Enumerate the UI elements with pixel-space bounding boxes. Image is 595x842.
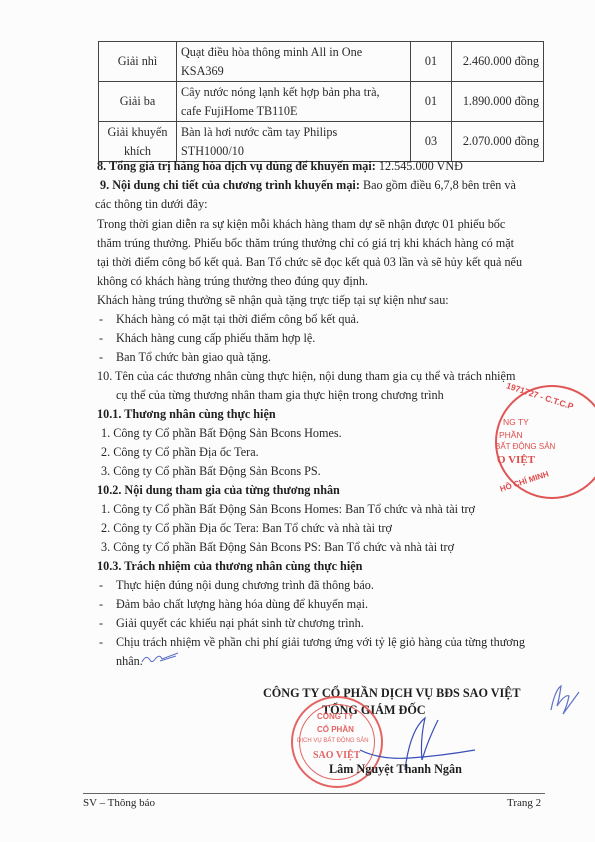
footer-left: SV – Thông báo <box>83 797 155 809</box>
bullet-item-cont: nhân. <box>116 652 143 671</box>
prize-value: 2.070.000 đồng <box>452 122 544 162</box>
prize-value: 1.890.000 đồng <box>452 82 544 122</box>
prize-item-line: cafe FujiHome TB110E <box>181 102 406 121</box>
prize-item-line: Quạt điều hòa thông minh All in One <box>181 43 406 62</box>
list-item: 3. Công ty Cổ phần Bất Động Sản Bcons PS… <box>101 538 454 557</box>
bullet-item: Giải quyết các khiếu nại phát sinh từ ch… <box>116 614 364 633</box>
section-9-label: 9. Nội dung chi tiết của chương trình kh… <box>100 178 360 192</box>
prize-qty: 01 <box>411 82 452 122</box>
bullet-item: Khách hàng cung cấp phiếu thăm hợp lệ. <box>116 329 315 348</box>
stamp-ring-text: 1971727 - C.T.C.P <box>505 380 575 411</box>
prize-item-line: KSA369 <box>181 62 406 81</box>
bullet-dash: - <box>99 595 103 614</box>
bullet-dash: - <box>99 348 103 367</box>
section-9-text-cont: các thông tin dưới đây: <box>95 195 208 214</box>
prize-table: Giải nhì Quạt điều hòa thông minh All in… <box>98 41 544 162</box>
section-9-heading: 9. Nội dung chi tiết của chương trình kh… <box>100 176 516 195</box>
signatory-name: Lâm Nguyệt Thanh Ngân <box>329 762 462 777</box>
footer-divider <box>83 793 545 794</box>
prize-name: Giải khuyến khích <box>99 122 177 162</box>
stamp-line: NG TY <box>503 417 529 427</box>
bullet-item: Thực hiện đúng nội dung chương trình đã … <box>116 576 374 595</box>
subsection-10-1-title: 10.1. Thương nhân cùng thực hiện <box>97 405 276 424</box>
table-row: Giải khuyến khích Bàn là hơi nước cầm ta… <box>99 122 544 162</box>
prize-qty: 03 <box>411 122 452 162</box>
list-item: 3. Công ty Cổ phần Bất Động Sản Bcons PS… <box>101 462 321 481</box>
section-8: 8. Tổng giá trị hàng hóa dịch vụ dùng để… <box>97 157 463 176</box>
section-8-value: 12.545.000 VNĐ <box>376 159 463 173</box>
prize-item: Cây nước nóng lạnh kết hợp bản pha trà, … <box>177 82 411 122</box>
list-item: 2. Công ty Cổ phần Địa ốc Tera. <box>101 443 259 462</box>
prize-name: Giải nhì <box>99 42 177 82</box>
stamp-ring-text: HỒ CHÍ MINH <box>499 469 550 493</box>
table-row: Giải ba Cây nước nóng lạnh kết hợp bản p… <box>99 82 544 122</box>
prize-item-line: Bàn là hơi nước cầm tay Philips <box>181 123 406 142</box>
table-row: Giải nhì Quạt điều hòa thông minh All in… <box>99 42 544 82</box>
paragraph-line: Trong thời gian diễn ra sự kiện mỗi khác… <box>97 215 505 234</box>
section-9-text: Bao gồm điều 6,7,8 bên trên và <box>360 178 516 192</box>
bullet-dash: - <box>99 633 103 652</box>
subsection-10-2-title: 10.2. Nội dung tham gia của từng thương … <box>97 481 340 500</box>
paragraph-intro: Khách hàng trúng thưởng sẽ nhận quà tặng… <box>97 291 449 310</box>
section-8-label: 8. Tổng giá trị hàng hóa dịch vụ dùng để… <box>97 159 376 173</box>
stamp-line: O VIỆT <box>497 454 535 466</box>
bullet-dash: - <box>99 329 103 348</box>
bullet-item: Ban Tổ chức bàn giao quà tặng. <box>116 348 271 367</box>
margin-signature-icon <box>545 680 581 720</box>
section-10-heading: 10. Tên của các thương nhân cùng thực hi… <box>97 367 515 386</box>
prize-name-line: Giải khuyến <box>103 123 172 142</box>
paragraph-line: thăm trúng thưởng. Phiếu bốc thăm trúng … <box>97 234 514 253</box>
stamp-line: PHẦN <box>499 430 523 440</box>
list-item: 1. Công ty Cổ phần Bất Động Sản Bcons Ho… <box>101 424 342 443</box>
list-item: 2. Công ty Cổ phần Địa ốc Tera: Ban Tổ c… <box>101 519 392 538</box>
initials-signature-icon <box>140 648 180 668</box>
prize-qty: 01 <box>411 42 452 82</box>
prize-item: Quạt điều hòa thông minh All in One KSA3… <box>177 42 411 82</box>
prize-item-line: Cây nước nóng lạnh kết hợp bản pha trà, <box>181 83 406 102</box>
stamp-line: CỔ PHẦN <box>317 725 354 734</box>
prize-item: Bàn là hơi nước cầm tay Philips STH1000/… <box>177 122 411 162</box>
paragraph-line: tại thời điểm công bố kết quả. Ban Tổ ch… <box>97 253 522 272</box>
bullet-item: Khách hàng có mặt tại thời điểm công bố … <box>116 310 359 329</box>
prize-value: 2.460.000 đồng <box>452 42 544 82</box>
bullet-dash: - <box>99 576 103 595</box>
signature-company: CÔNG TY CỔ PHẦN DỊCH VỤ BĐS SAO VIỆT <box>263 686 521 701</box>
bullet-dash: - <box>99 614 103 633</box>
bullet-dash: - <box>99 310 103 329</box>
prize-name: Giải ba <box>99 82 177 122</box>
company-stamp-partial: 1971727 - C.T.C.P NG TY PHẦN BẤT ĐỘNG SẢ… <box>495 385 595 499</box>
page-number: Trang 2 <box>507 797 541 809</box>
stamp-line: BẤT ĐỘNG SẢN <box>495 442 555 451</box>
subsection-10-3-title: 10.3. Trách nhiệm của thương nhân cùng t… <box>97 557 362 576</box>
section-10-heading-cont: cụ thể của từng thương nhân tham gia thự… <box>116 386 444 405</box>
bullet-item: Đảm bảo chất lượng hàng hóa dùng để khuy… <box>116 595 368 614</box>
stamp-line: CÔNG TY <box>317 712 353 721</box>
list-item: 1. Công ty Cổ phần Bất Động Sản Bcons Ho… <box>101 500 475 519</box>
paragraph-line: không có khách hàng trúng thưởng theo đú… <box>97 272 368 291</box>
